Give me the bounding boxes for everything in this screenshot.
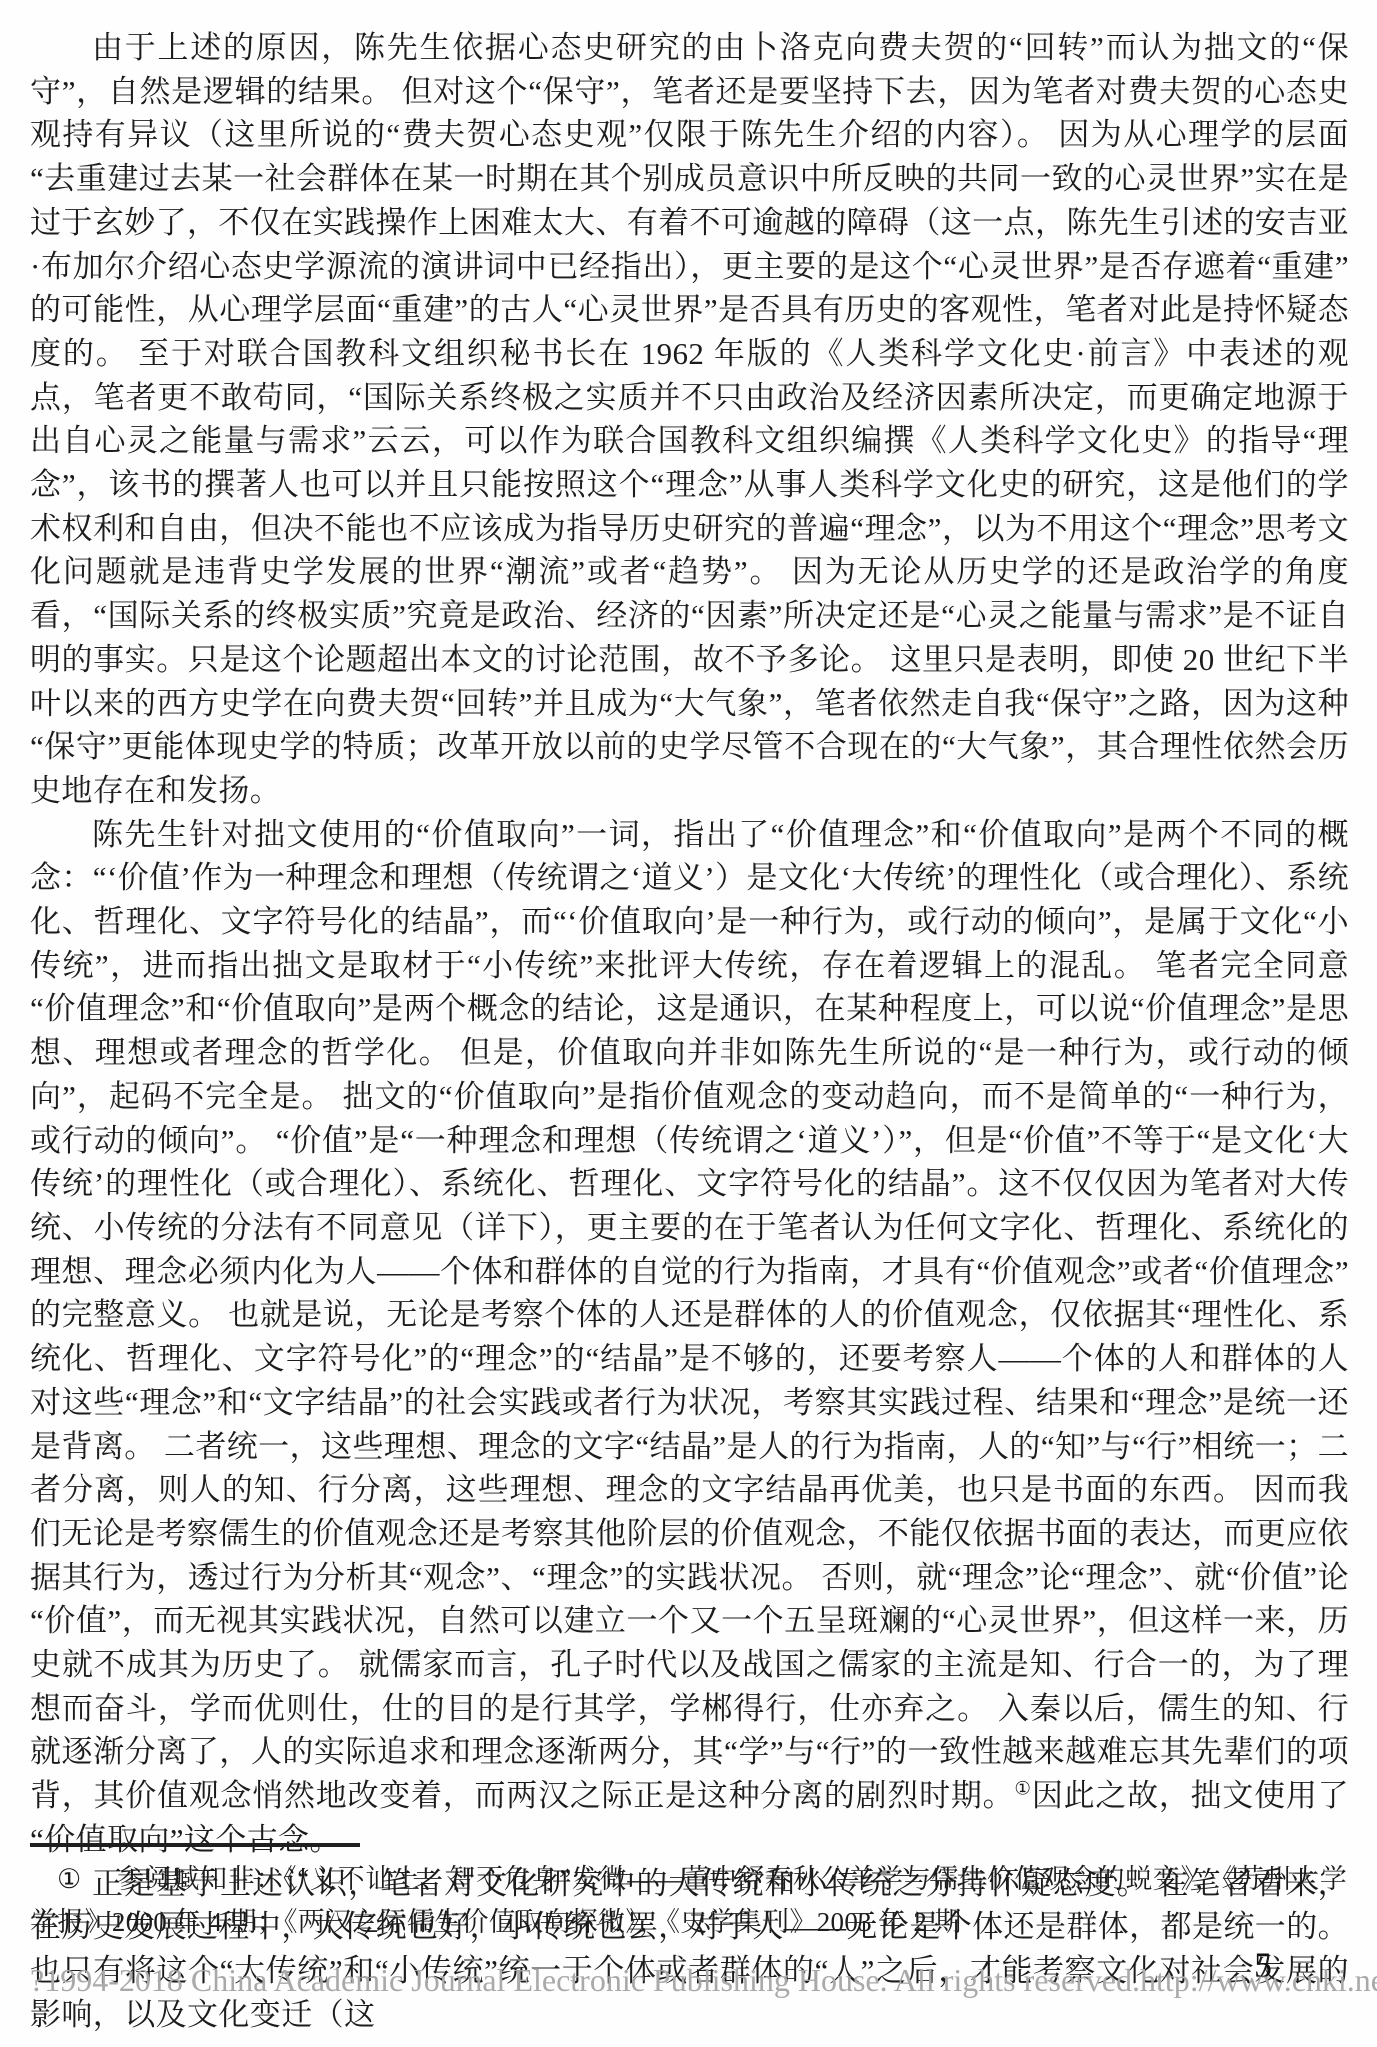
footnote-marker: ① [57,1864,82,1894]
copyright-text: ?1994-2018 China Academic Journal Electr… [30,1962,1140,1999]
document-page: 由于上述的原因，陈先生依据心态史研究的由卜洛克向费夫贺的“回转”而认为拙文的“保… [0,0,1377,2047]
article-body: 由于上述的原因，陈先生依据心态史研究的由卜洛克向费夫贺的“回转”而认为拙文的“保… [30,26,1349,2036]
cnki-url: http://www.cnki.net [1140,1962,1377,1999]
paragraph-2: 陈先生针对拙文使用的“价值取向”一词，指出了“价值理念”和“价值取向”是两个不同… [30,813,1349,1862]
footnote-divider [30,1843,360,1847]
paragraph-1: 由于上述的原因，陈先生依据心态史研究的由卜洛克向费夫贺的“回转”而认为拙文的“保… [30,26,1349,813]
footnote-ref-1: ① [1014,1779,1031,1800]
footnote-entry: ①参阅臧知非：《“义不讪上、智不危身”发微——董中舒春秋公羊学与儒生价值观念的蜕… [30,1858,1347,1944]
paragraph-2-text-before-ref: 陈先生针对拙文使用的“价值取向”一词，指出了“价值理念”和“价值取向”是两个不同… [30,817,1349,1813]
footnote-text: 参阅臧知非：《“义不讪上、智不危身”发微——董中舒春秋公羊学与儒生价值观念的蜕变… [30,1864,1347,1937]
footnote-section: ①参阅臧知非：《“义不讪上、智不危身”发微——董中舒春秋公羊学与儒生价值观念的蜕… [30,1858,1347,1944]
copyright-footer: ?1994-2018 China Academic Journal Electr… [30,1962,1349,1999]
